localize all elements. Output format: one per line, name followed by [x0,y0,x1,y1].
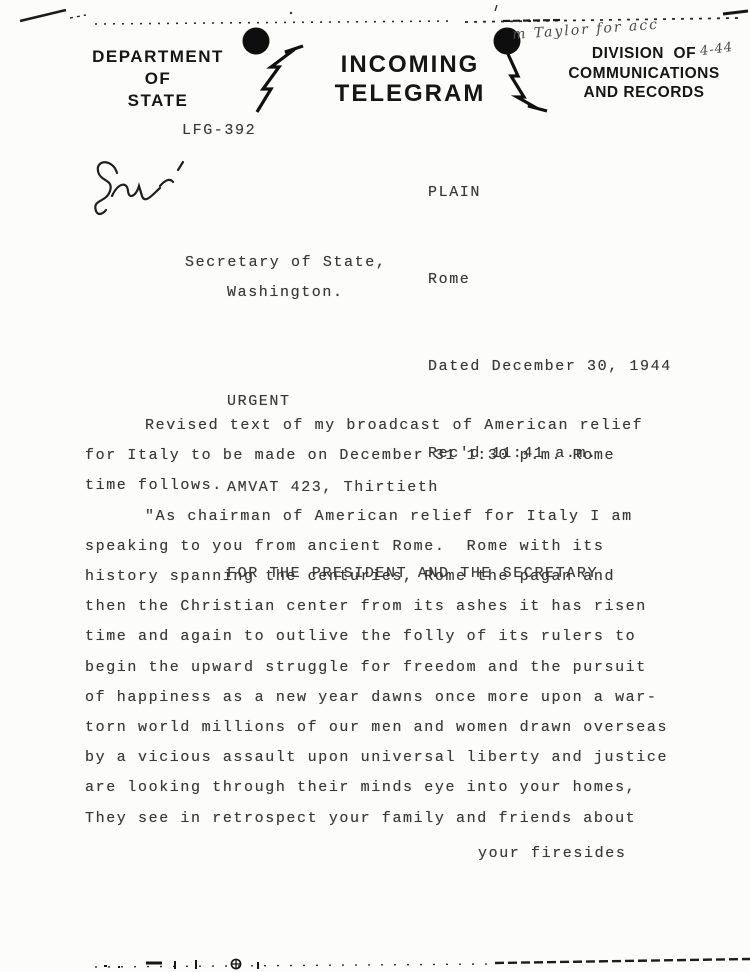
agency-line: OF [68,68,248,90]
reference-number: LFG-392 [182,122,256,139]
handwritten-scribble [95,162,183,214]
bottom-left-marks [104,959,258,969]
doc-type-line: INCOMING [322,50,498,79]
speck [290,12,292,14]
doc-type-line: TELEGRAM [322,79,498,108]
division-line: AND RECORDS [550,83,738,103]
top-right-dash [723,11,748,14]
origin-city: Rome [428,265,672,294]
body-line: of happiness as a new year dawns once mo… [85,683,668,713]
top-dash-cluster [503,20,560,21]
body-line: are looking through their minds eye into… [85,773,668,803]
addressee: Secretary of State, [185,254,386,271]
body-line: speaking to you from ancient Rome. Rome … [85,532,668,562]
agency-line: STATE [68,90,248,112]
division-line: COMMUNICATIONS [550,64,738,84]
telegram-body: Revised text of my broadcast of American… [85,411,668,834]
bottom-dotted-line [95,964,490,967]
body-line: torn world millions of our men and women… [85,713,668,743]
handwritten-annotation: m Taylor for acc [512,13,713,43]
agency-line: DEPARTMENT [68,46,248,68]
lightning-bolt-right-icon [508,54,547,111]
body-line: by a vicious assault upon universal libe… [85,743,668,773]
body-line: for Italy to be made on December 31 1:30… [85,441,668,471]
addressee-city: Washington. [227,284,344,301]
body-line: begin the upward struggle for freedom an… [85,653,668,683]
pen-dash-fragment [70,15,86,18]
body-line: They see in retrospect your family and f… [85,804,668,834]
body-line: time and again to outlive the folly of i… [85,622,668,652]
bottom-dashed-line [495,959,750,963]
telegram-page: DEPARTMENT OF STATE INCOMING TELEGRAM DI… [0,0,750,972]
speck-tick [495,5,497,11]
body-line: history spanning the centuries, Rome the… [85,562,668,592]
pen-dash-mark [20,10,66,21]
letterhead-agency: DEPARTMENT OF STATE [68,46,248,112]
body-line: time follows. [85,471,668,501]
lightning-bolt-left-icon [257,46,303,112]
top-dotted-line-left [95,21,455,24]
body-line: Revised text of my broadcast of American… [85,411,668,441]
letterhead-doc-type: INCOMING TELEGRAM [322,50,498,108]
body-line: "As chairman of American relief for Ital… [85,502,668,532]
body-line: then the Christian center from its ashes… [85,592,668,622]
classification-label: PLAIN [428,178,672,207]
continuation-words: your firesides [478,845,626,862]
